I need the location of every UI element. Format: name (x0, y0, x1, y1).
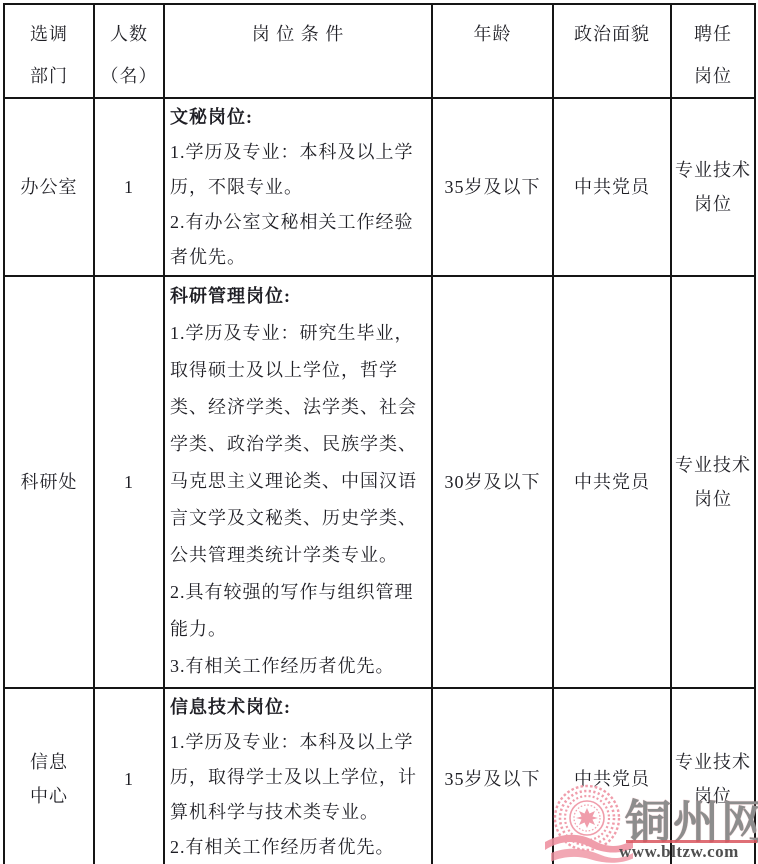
age-cell: 35岁及以下 (432, 98, 553, 276)
header-line: （名） (95, 55, 163, 97)
department-line: 中心 (5, 779, 93, 813)
header-conditions: 岗 位 条 件 (164, 4, 432, 98)
job-title: 文秘岗位: (170, 100, 427, 135)
condition-item: 2.有办公室文秘相关工作经验者优先。 (170, 205, 427, 275)
position-cell: 专业技术 岗位 (671, 688, 755, 864)
position-line: 岗位 (672, 187, 754, 221)
political-status-cell: 中共党员 (553, 688, 671, 864)
condition-item: 3.有相关工作经历者优先。 (170, 648, 427, 685)
header-line: 聘任 (672, 13, 754, 55)
header-line: 选调 (5, 13, 93, 55)
count-cell: 1 (94, 98, 164, 276)
age-cell: 30岁及以下 (432, 276, 553, 688)
header-count: 人数 （名） (94, 4, 164, 98)
condition-item: 2.有相关工作经历者优先。 (170, 830, 427, 864)
position-cell: 专业技术 岗位 (671, 276, 755, 688)
position-line: 专业技术 (672, 153, 754, 187)
count-cell: 1 (94, 276, 164, 688)
header-line: 部门 (5, 55, 93, 97)
condition-item: 2.具有较强的写作与组织管理能力。 (170, 574, 427, 648)
position-cell: 专业技术 岗位 (671, 98, 755, 276)
table-row: 科研处 1 科研管理岗位: 1.学历及专业：研究生毕业，取得硕士及以上学位，哲学… (4, 276, 755, 688)
recruitment-table: 选调 部门 人数 （名） 岗 位 条 件 年龄 政治面貌 聘任 岗位 (3, 3, 756, 864)
table-row: 信息 中心 1 信息技术岗位: 1.学历及专业：本科及以上学历，取得学士及以上学… (4, 688, 755, 864)
header-political-status: 政治面貌 (553, 4, 671, 98)
header-line: 岗 位 条 件 (165, 13, 431, 55)
political-status-cell: 中共党员 (553, 98, 671, 276)
page-root: 选调 部门 人数 （名） 岗 位 条 件 年龄 政治面貌 聘任 岗位 (0, 0, 758, 864)
header-row: 选调 部门 人数 （名） 岗 位 条 件 年龄 政治面貌 聘任 岗位 (4, 4, 755, 98)
department-line: 科研处 (5, 465, 93, 499)
position-line: 岗位 (672, 779, 754, 813)
age-cell: 35岁及以下 (432, 688, 553, 864)
header-line: 年龄 (433, 13, 552, 55)
department-cell: 办公室 (4, 98, 94, 276)
department-cell: 科研处 (4, 276, 94, 688)
job-title: 信息技术岗位: (170, 690, 427, 725)
job-title: 科研管理岗位: (170, 278, 427, 315)
position-line: 专业技术 (672, 448, 754, 482)
count-cell: 1 (94, 688, 164, 864)
position-line: 专业技术 (672, 745, 754, 779)
department-cell: 信息 中心 (4, 688, 94, 864)
position-line: 岗位 (672, 482, 754, 516)
header-line: 岗位 (672, 55, 754, 97)
condition-item: 1.学历及专业：本科及以上学历，不限专业。 (170, 135, 427, 205)
condition-item: 1.学历及专业：本科及以上学历，取得学士及以上学位，计算机科学与技术类专业。 (170, 725, 427, 830)
conditions-cell: 科研管理岗位: 1.学历及专业：研究生毕业，取得硕士及以上学位，哲学类、经济学类… (164, 276, 432, 688)
table-row: 办公室 1 文秘岗位: 1.学历及专业：本科及以上学历，不限专业。 2.有办公室… (4, 98, 755, 276)
header-line: 政治面貌 (554, 13, 670, 55)
conditions-cell: 文秘岗位: 1.学历及专业：本科及以上学历，不限专业。 2.有办公室文秘相关工作… (164, 98, 432, 276)
condition-item: 1.学历及专业：研究生毕业，取得硕士及以上学位，哲学类、经济学类、法学类、社会学… (170, 315, 427, 574)
conditions-cell: 信息技术岗位: 1.学历及专业：本科及以上学历，取得学士及以上学位，计算机科学与… (164, 688, 432, 864)
header-department: 选调 部门 (4, 4, 94, 98)
department-line: 信息 (5, 745, 93, 779)
department-line: 办公室 (5, 170, 93, 204)
header-age: 年龄 (432, 4, 553, 98)
political-status-cell: 中共党员 (553, 276, 671, 688)
header-line: 人数 (95, 13, 163, 55)
header-position: 聘任 岗位 (671, 4, 755, 98)
